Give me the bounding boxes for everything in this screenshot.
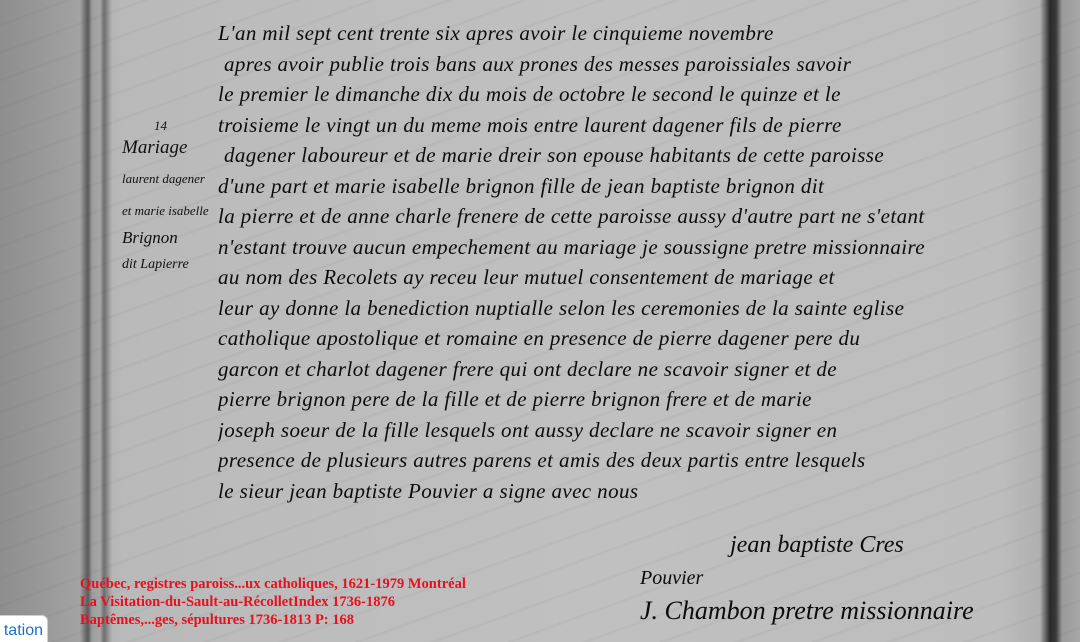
entry-line: le premier le dimanche dix du mois de oc… [218, 79, 1048, 110]
entry-line: dagener laboureur et de marie dreir son … [218, 140, 1048, 171]
entry-line: garcon et charlot dagener frere qui ont … [218, 354, 1048, 385]
margin-note-line: dit Lapierre [122, 251, 222, 278]
entry-line: presence de plusieurs autres parens et a… [218, 445, 1048, 476]
entry-line: pierre brignon pere de la fille et de pi… [218, 384, 1048, 415]
entry-line: leur ay donne la benediction nuptialle s… [218, 293, 1048, 324]
margin-note-line: et marie isabelle [122, 197, 222, 224]
handwritten-entry: L'an mil sept cent trente six apres avoi… [218, 18, 1048, 506]
margin-note-line: Mariage [122, 134, 222, 161]
entry-line: n'estant trouve aucun empechement au mar… [218, 232, 1048, 263]
entry-line: catholique apostolique et romaine en pre… [218, 323, 1048, 354]
margin-note-line: 14 [122, 118, 222, 134]
entry-line: au nom des Recolets ay receu leur mutuel… [218, 262, 1048, 293]
margin-note: 14 Mariage laurent dagener et marie isab… [122, 118, 222, 278]
entry-line: joseph soeur de la fille lesquels ont au… [218, 415, 1048, 446]
entry-line: troisieme le vingt un du meme mois entre… [218, 110, 1048, 141]
visitation-button[interactable]: tation [0, 615, 48, 642]
margin-note-line: laurent dagener [122, 161, 222, 197]
signature-second: Pouvier [640, 567, 703, 590]
entry-line: apres avoir publie trois bans aux prones… [218, 49, 1048, 80]
caption-line-volume: Baptêmes,...ges, sépultures 1736-1813 P:… [80, 611, 466, 629]
margin-note-line: Brignon [122, 224, 222, 251]
signature-witness: jean baptiste Cres [730, 532, 904, 559]
entry-line: L'an mil sept cent trente six apres avoi… [218, 18, 1048, 49]
entry-line: la pierre et de anne charle frenere de c… [218, 201, 1048, 232]
source-caption: Québec, registres paroiss...ux catholiqu… [80, 575, 466, 629]
entry-line: le sieur jean baptiste Pouvier a signe a… [218, 476, 1048, 507]
entry-line: d'une part et marie isabelle brignon fil… [218, 171, 1048, 202]
caption-line-parish: La Visitation-du-Sault-au-RécolletIndex … [80, 593, 466, 611]
caption-line-collection: Québec, registres paroiss...ux catholiqu… [80, 575, 466, 593]
signature-priest: J. Chambon pretre missionnaire [640, 596, 974, 626]
